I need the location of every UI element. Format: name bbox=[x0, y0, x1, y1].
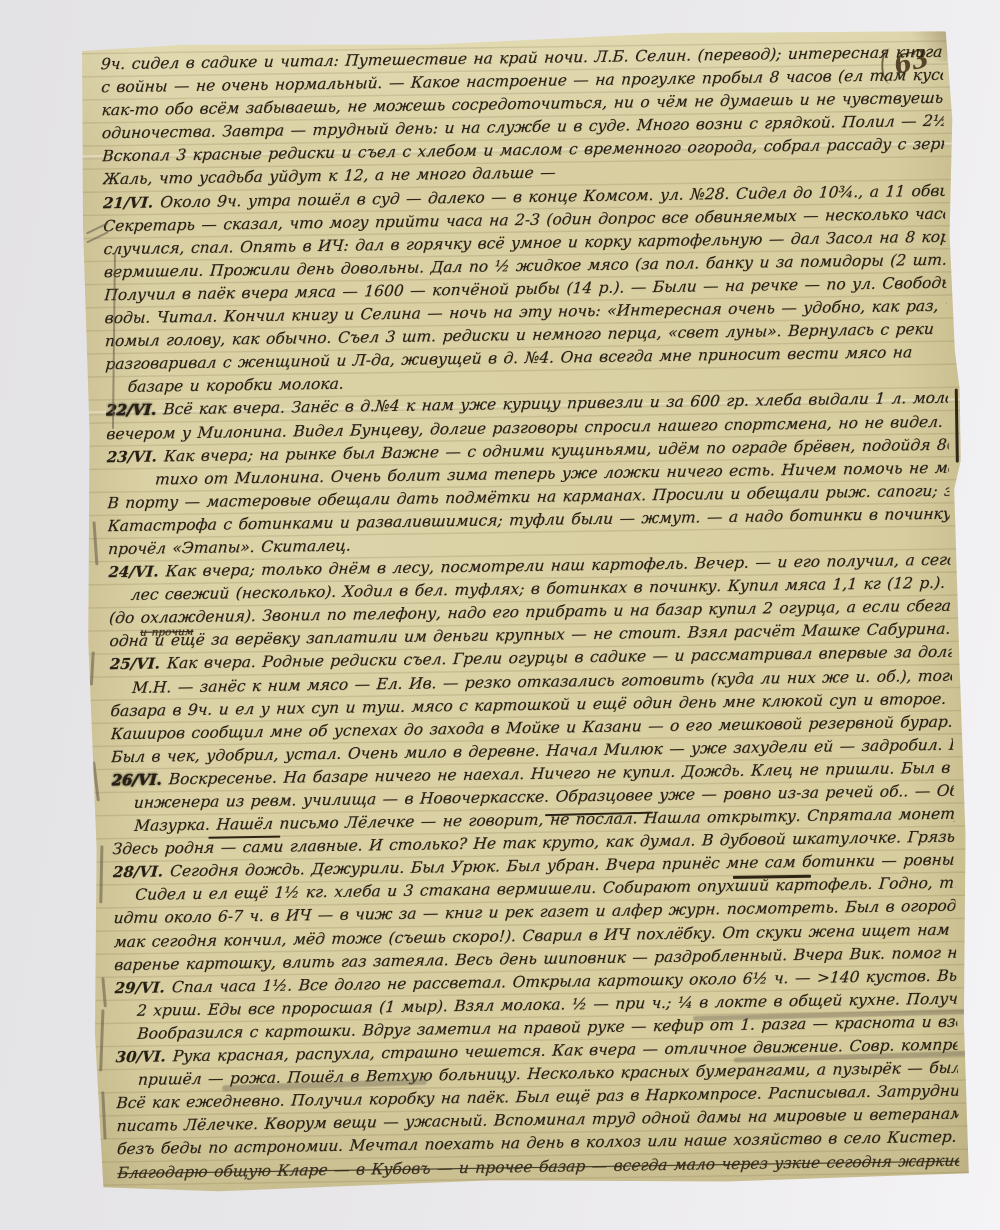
date-marker: 26/VI. bbox=[111, 770, 163, 789]
date-marker: 29/VI. bbox=[114, 978, 166, 997]
line-text: базаре и коробки молока. bbox=[127, 375, 344, 396]
date-marker: 25/VI. bbox=[109, 655, 161, 674]
handwriting-lines: 9ч. сидел в садике и читал: Путешествие … bbox=[101, 41, 960, 1191]
date-marker: 21/VI. bbox=[102, 193, 154, 212]
line-text: прочёл «Этапы». Скиталец. bbox=[107, 537, 351, 559]
line-text: Жаль, что усадьба уйдут к 12, а не много… bbox=[102, 164, 556, 189]
date-marker: 23/VI. bbox=[106, 447, 158, 466]
date-marker: 28/VI. bbox=[112, 863, 164, 882]
date-marker: 30/VI. bbox=[115, 1047, 167, 1066]
manuscript-page: 63 9ч. сидел в садике и читал: Путешеств… bbox=[78, 27, 971, 1196]
date-marker: 24/VI. bbox=[108, 562, 160, 581]
inserted-word: и прочим bbox=[139, 621, 194, 645]
